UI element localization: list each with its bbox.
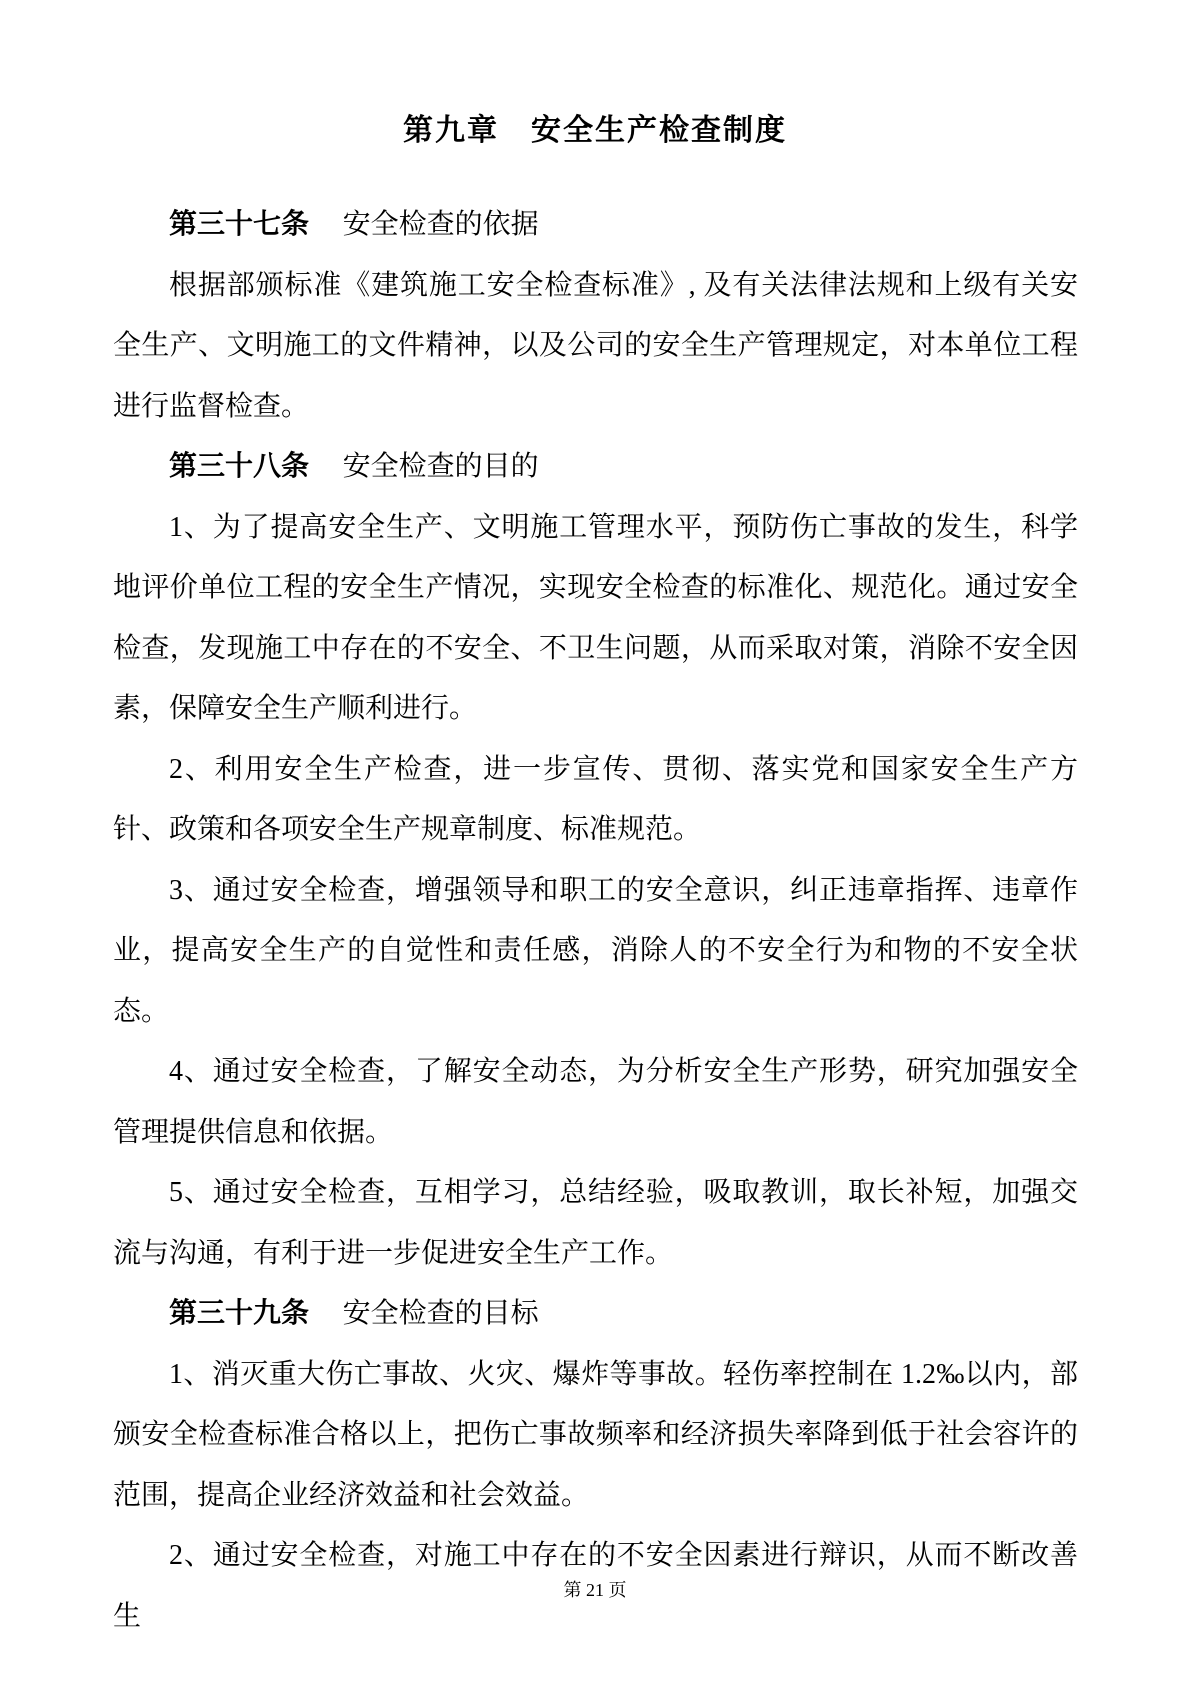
page-number: 第 21 页 xyxy=(0,1577,1190,1603)
article-number: 第三十七条 xyxy=(169,209,309,240)
article-number: 第三十九条 xyxy=(169,1298,309,1329)
document-page: 第九章 安全生产检查制度 第三十七条安全检查的依据 根据部颁标准《建筑施工安全检… xyxy=(0,0,1190,1683)
paragraph: 4、通过安全检查，了解安全动态，为分析安全生产形势，研究加强安全管理提供信息和依… xyxy=(113,1042,1078,1163)
article-heading-37: 第三十七条安全检查的依据 xyxy=(113,195,1078,256)
paragraph: 1、为了提高安全生产、文明施工管理水平，预防伤亡事故的发生，科学地评价单位工程的… xyxy=(113,498,1078,740)
chapter-title: 第九章 安全生产检查制度 xyxy=(0,0,1190,154)
article-title: 安全检查的目标 xyxy=(343,1298,539,1329)
paragraph: 根据部颁标准《建筑施工安全检查标准》, 及有关法律法规和上级有关安全生产、文明施… xyxy=(113,256,1078,438)
paragraph: 3、通过安全检查，增强领导和职工的安全意识，纠正违章指挥、违章作业，提高安全生产… xyxy=(113,861,1078,1043)
paragraph: 5、通过安全检查，互相学习，总结经验，吸取教训，取长补短，加强交流与沟通，有利于… xyxy=(113,1163,1078,1284)
paragraph: 2、利用安全生产检查，进一步宣传、贯彻、落实党和国家安全生产方针、政策和各项安全… xyxy=(113,740,1078,861)
article-heading-38: 第三十八条安全检查的目的 xyxy=(113,437,1078,498)
article-number: 第三十八条 xyxy=(169,451,309,482)
article-title: 安全检查的依据 xyxy=(343,209,539,240)
paragraph: 1、消灭重大伤亡事故、火灾、爆炸等事故。轻伤率控制在 1.2‰以内，部颁安全检查… xyxy=(113,1345,1078,1527)
article-title: 安全检查的目的 xyxy=(343,451,539,482)
document-body: 第三十七条安全检查的依据 根据部颁标准《建筑施工安全检查标准》, 及有关法律法规… xyxy=(113,195,1078,1647)
article-heading-39: 第三十九条安全检查的目标 xyxy=(113,1284,1078,1345)
